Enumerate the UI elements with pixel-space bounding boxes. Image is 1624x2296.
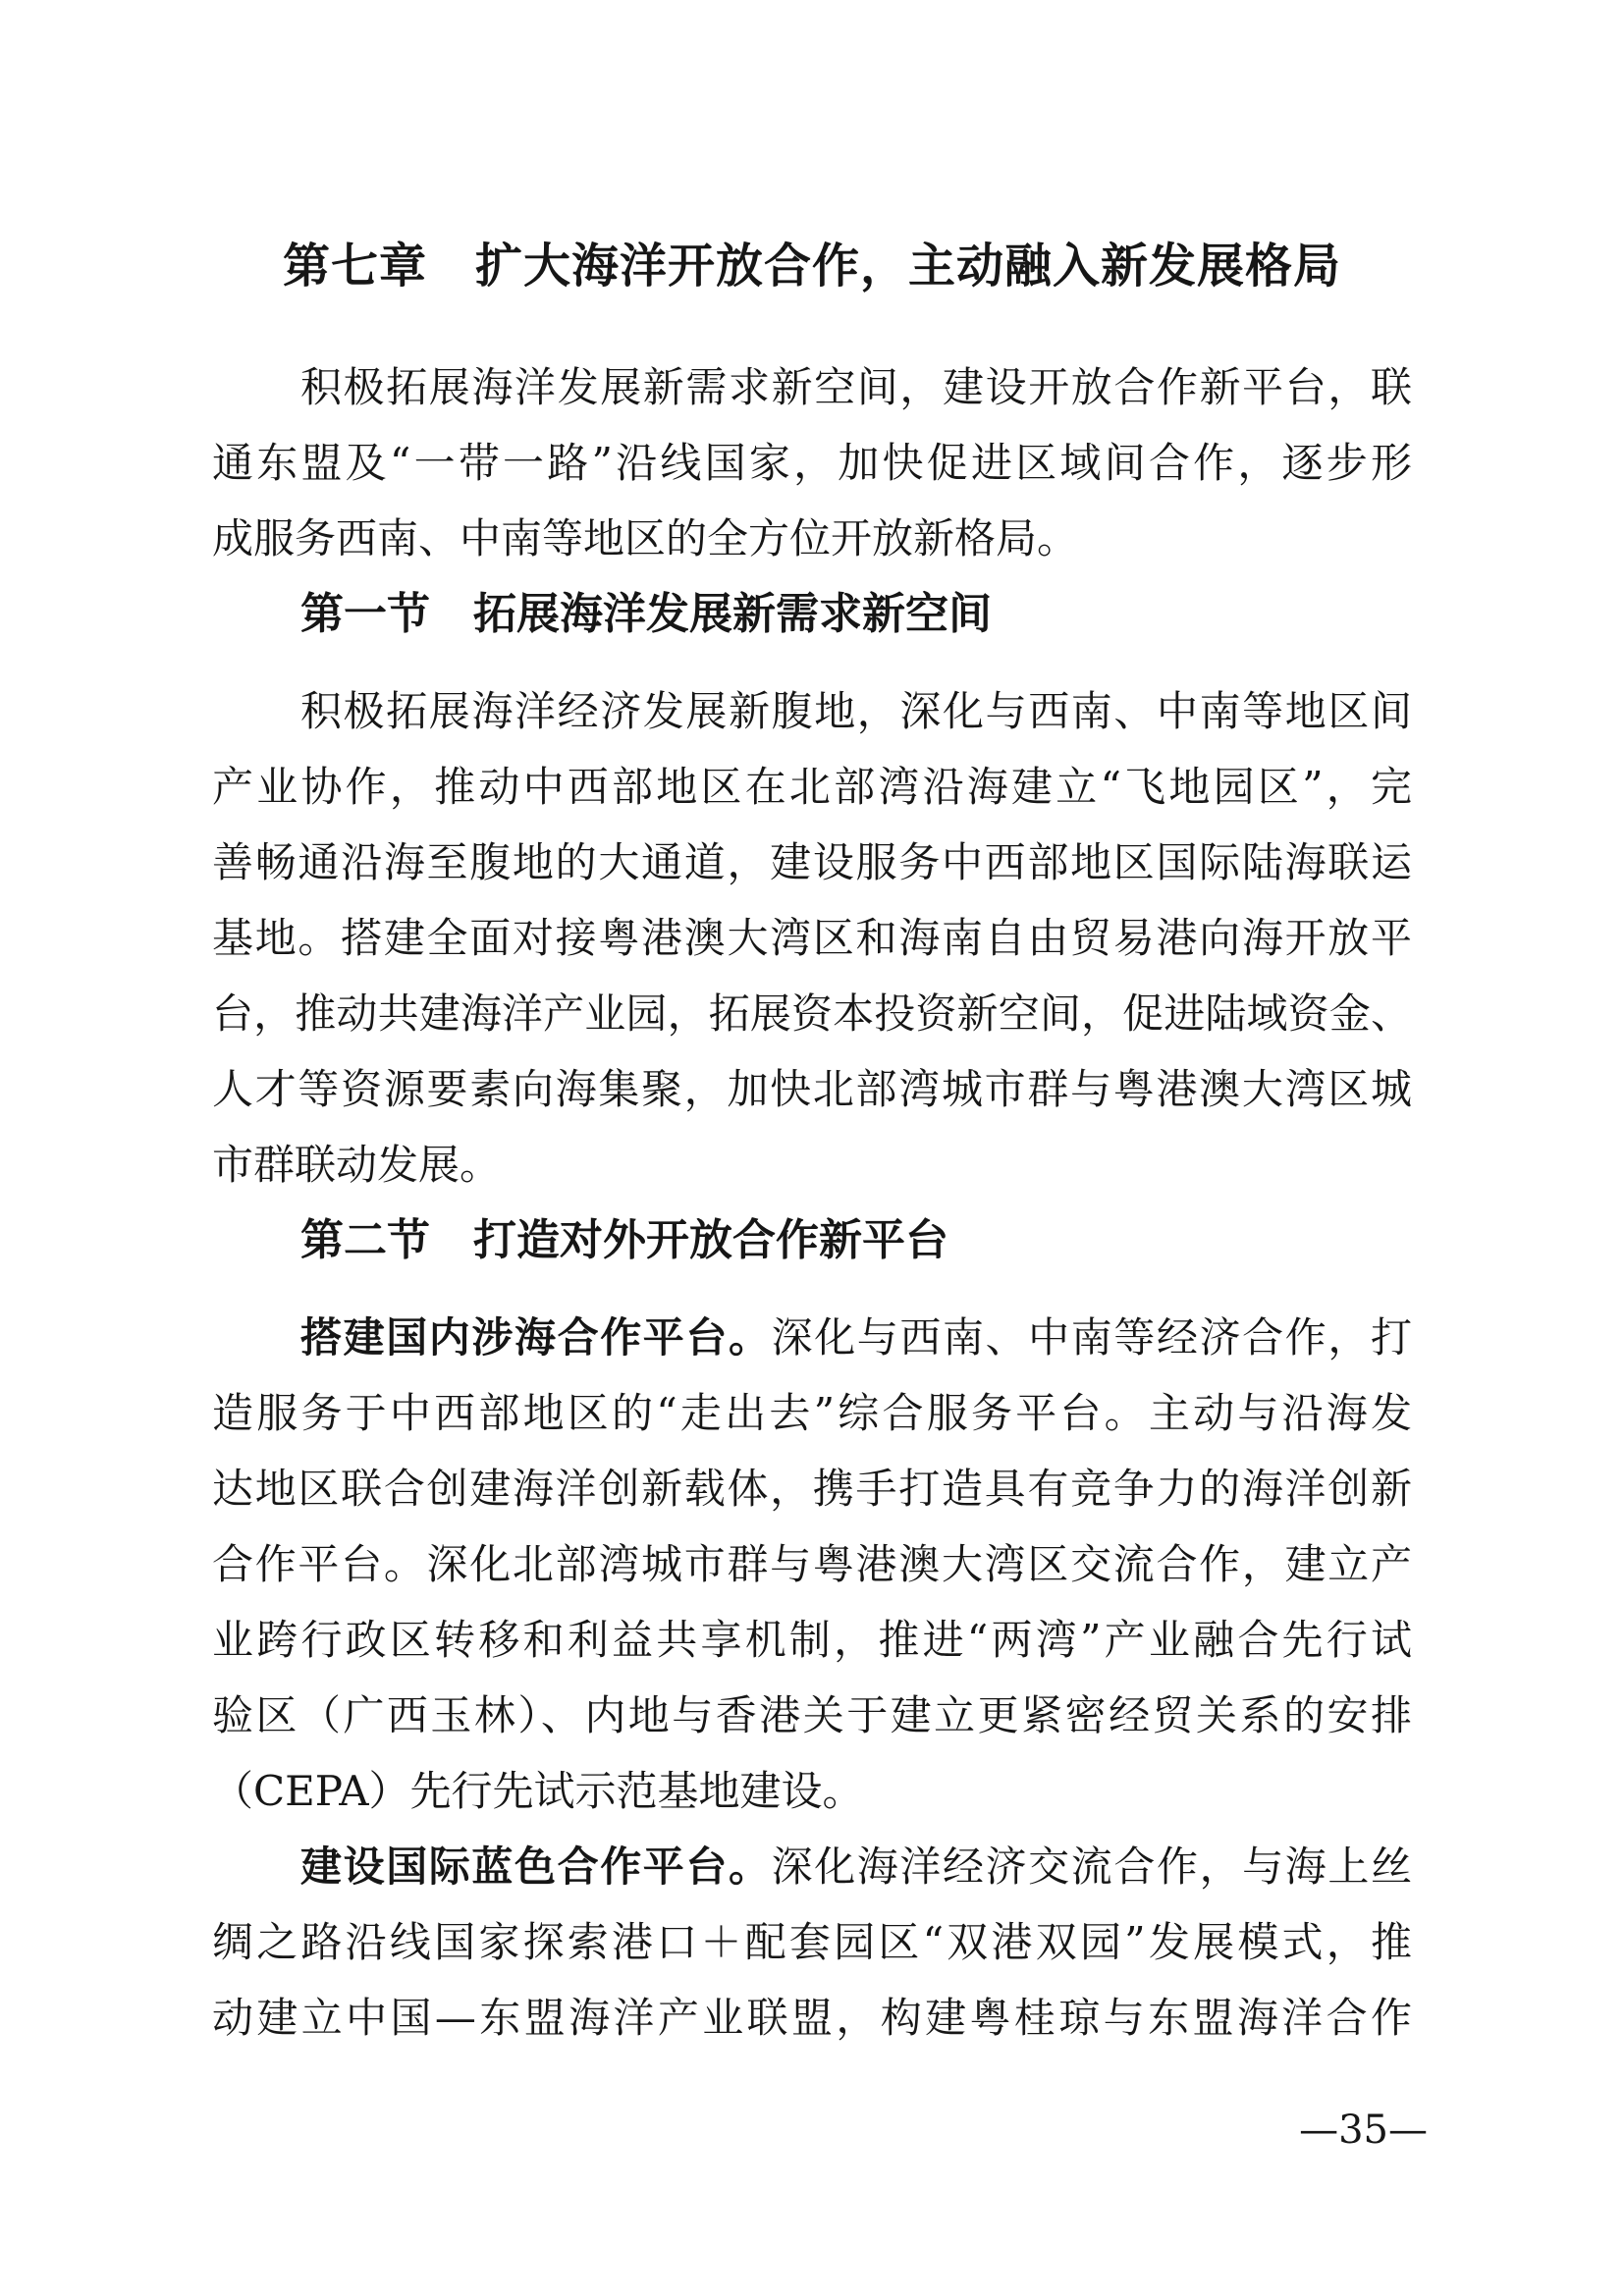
text-segment: 验区（广西玉林）、内地与香港关于建立更紧密经贸关系的安排 — [212, 1691, 1412, 1739]
text-segment: 成服务西南、中南等地区的全方位开放新格局。 — [212, 514, 1078, 562]
text-segment: 合作平台。深化北部湾城市群与粤港澳大湾区交流合作，建立产 — [212, 1540, 1412, 1588]
text-segment: （CEPA）先行先试示范基地建设。 — [212, 1767, 864, 1815]
section-heading: 第一节 拓展海洋发展新需求新空间 — [212, 576, 1412, 652]
page-number: —35— — [1299, 2107, 1428, 2154]
text-line: 达地区联合创建海洋创新载体，携手打造具有竞争力的海洋创新 — [212, 1451, 1412, 1526]
document-body: 积极拓展海洋发展新需求新空间，建设开放合作新平台，联通东盟及“一带一路”沿线国家… — [212, 349, 1412, 2056]
section-heading: 第二节 打造对外开放合作新平台 — [212, 1202, 1412, 1278]
text-line: 善畅通沿海至腹地的大通道，建设服务中西部地区国际陆海联运 — [212, 825, 1412, 900]
chapter-title: 第七章 扩大海洋开放合作，主动融入新发展格局 — [212, 229, 1412, 304]
text-line: 市群联动发展。 — [212, 1127, 1412, 1202]
text-line: 造服务于中西部地区的“走出去”综合服务平台。主动与沿海发 — [212, 1375, 1412, 1451]
text-line: 产业协作，推动中西部地区在北部湾沿海建立“飞地园区”，完 — [212, 749, 1412, 825]
text-segment: 深化与西南、中南等经济合作，打 — [772, 1313, 1412, 1362]
text-line: 成服务西南、中南等地区的全方位开放新格局。 — [212, 501, 1412, 576]
text-line: 基地。搭建全面对接粤港澳大湾区和海南自由贸易港向海开放平 — [212, 900, 1412, 976]
text-line: 建设国际蓝色合作平台。深化海洋经济交流合作，与海上丝 — [212, 1829, 1412, 1904]
paragraph: 积极拓展海洋发展新需求新空间，建设开放合作新平台，联通东盟及“一带一路”沿线国家… — [212, 349, 1412, 576]
text-segment: 市群联动发展。 — [212, 1141, 501, 1189]
text-segment: 造服务于中西部地区的“走出去”综合服务平台。主动与沿海发 — [212, 1389, 1412, 1437]
text-segment: 业跨行政区转移和利益共享机制，推进“两湾”产业融合先行试 — [212, 1616, 1412, 1664]
paragraph: 搭建国内涉海合作平台。深化与西南、中南等经济合作，打造服务于中西部地区的“走出去… — [212, 1300, 1412, 1829]
text-line: 通东盟及“一带一路”沿线国家，加快促进区域间合作，逐步形 — [212, 425, 1412, 501]
text-line: 人才等资源要素向海集聚，加快北部湾城市群与粤港澳大湾区城 — [212, 1051, 1412, 1127]
text-line: 积极拓展海洋发展新需求新空间，建设开放合作新平台，联 — [212, 349, 1412, 425]
paragraph: 建设国际蓝色合作平台。深化海洋经济交流合作，与海上丝绸之路沿线国家探索港口＋配套… — [212, 1829, 1412, 2056]
paragraph: 积极拓展海洋经济发展新腹地，深化与西南、中南等地区间产业协作，推动中西部地区在北… — [212, 673, 1412, 1202]
text-segment: 台，推动共建海洋产业园，拓展资本投资新空间，促进陆域资金、 — [212, 989, 1412, 1038]
bold-lead-in: 搭建国内涉海合作平台。 — [300, 1313, 772, 1362]
text-segment: 基地。搭建全面对接粤港澳大湾区和海南自由贸易港向海开放平 — [212, 914, 1412, 962]
text-line: （CEPA）先行先试示范基地建设。 — [212, 1753, 1412, 1829]
text-line: 合作平台。深化北部湾城市群与粤港澳大湾区交流合作，建立产 — [212, 1526, 1412, 1602]
text-line: 业跨行政区转移和利益共享机制，推进“两湾”产业融合先行试 — [212, 1602, 1412, 1678]
text-segment: 达地区联合创建海洋创新载体，携手打造具有竞争力的海洋创新 — [212, 1465, 1412, 1513]
text-segment: 积极拓展海洋经济发展新腹地，深化与西南、中南等地区间 — [300, 687, 1412, 735]
text-segment: 积极拓展海洋发展新需求新空间，建设开放合作新平台，联 — [300, 363, 1412, 411]
bold-lead-in: 建设国际蓝色合作平台。 — [300, 1842, 772, 1891]
text-segment: 绸之路沿线国家探索港口＋配套园区“双港双园”发展模式，推 — [212, 1918, 1412, 1966]
text-line: 动建立中国—东盟海洋产业联盟，构建粤桂琼与东盟海洋合作 — [212, 1980, 1412, 2056]
text-segment: 动建立中国—东盟海洋产业联盟，构建粤桂琼与东盟海洋合作 — [212, 1994, 1412, 2042]
document-page: 第七章 扩大海洋开放合作，主动融入新发展格局 积极拓展海洋发展新需求新空间，建设… — [0, 0, 1624, 2296]
text-line: 绸之路沿线国家探索港口＋配套园区“双港双园”发展模式，推 — [212, 1904, 1412, 1980]
text-line: 积极拓展海洋经济发展新腹地，深化与西南、中南等地区间 — [212, 673, 1412, 749]
document-content: 第七章 扩大海洋开放合作，主动融入新发展格局 积极拓展海洋发展新需求新空间，建设… — [212, 229, 1412, 2056]
text-segment: 深化海洋经济交流合作，与海上丝 — [772, 1842, 1412, 1891]
text-segment: 人才等资源要素向海集聚，加快北部湾城市群与粤港澳大湾区城 — [212, 1065, 1412, 1113]
text-segment: 产业协作，推动中西部地区在北部湾沿海建立“飞地园区”，完 — [212, 763, 1412, 811]
text-segment: 善畅通沿海至腹地的大通道，建设服务中西部地区国际陆海联运 — [212, 838, 1412, 886]
text-line: 台，推动共建海洋产业园，拓展资本投资新空间，促进陆域资金、 — [212, 976, 1412, 1051]
text-line: 验区（广西玉林）、内地与香港关于建立更紧密经贸关系的安排 — [212, 1678, 1412, 1753]
text-segment: 通东盟及“一带一路”沿线国家，加快促进区域间合作，逐步形 — [212, 439, 1412, 487]
text-line: 搭建国内涉海合作平台。深化与西南、中南等经济合作，打 — [212, 1300, 1412, 1375]
